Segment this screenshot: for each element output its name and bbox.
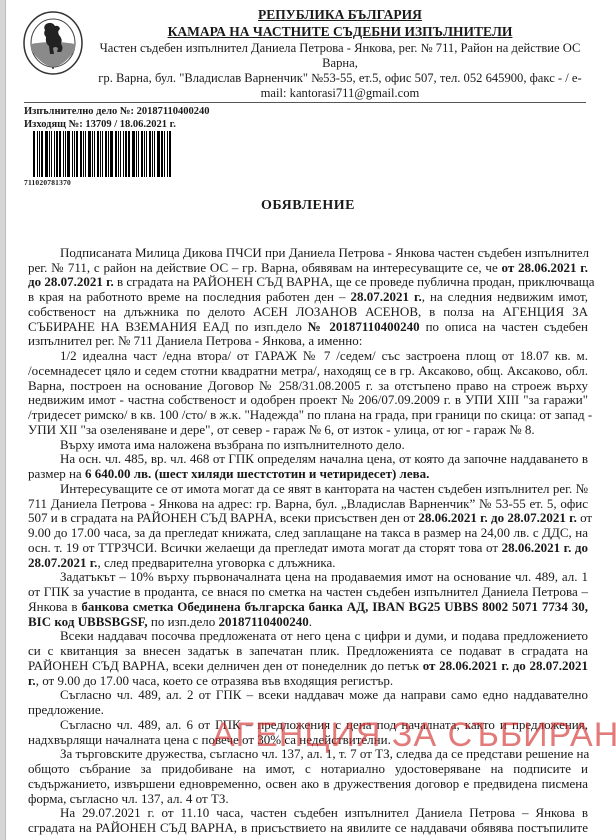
text: , след предварителна уговорка с длъжника… (97, 555, 335, 570)
text: изпълнител рег. № 711 Даниела Петрова - … (28, 333, 362, 348)
text: /тридесет римско/ в кв. 100 /сто/ в ж.к.… (28, 407, 592, 422)
body-line: РАЙОНЕН СЪД ВАРНА, всеки делничен ден от… (28, 658, 588, 674)
text: сградата на РАЙОНЕН СЪД ВАРНА, в присъст… (28, 820, 588, 835)
document-title: ОБЯВЛЕНИЕ (0, 198, 616, 214)
text: от (577, 510, 592, 525)
header-chamber-title: КАМАРА НА ЧАСТНИТЕ СЪДЕБНИ ИЗПЪЛНИТЕЛИ (80, 24, 600, 40)
text: , на следния недвижим имот, (422, 289, 588, 304)
body-line: форма, съгласно чл. 137, ал. 4 от ТЗ. (28, 791, 588, 807)
text: . (309, 614, 312, 629)
body-line: недвижим имот - частна собственост и одо… (28, 392, 588, 408)
body-line: На осн. чл. 485, вр. чл. 468 от ГПК опре… (60, 451, 588, 467)
body-line: собственост на длъжника по делото АСЕН Л… (28, 304, 588, 320)
text: На осн. чл. 485, вр. чл. 468 от ГПК опре… (60, 451, 588, 466)
header-city-line: Варна, (80, 56, 600, 72)
body-line: За търговските дружества, съгласно чл. 1… (60, 746, 588, 762)
body-line: 507 и в сградата на РАЙОНЕН СЪД ВАРНА, в… (28, 510, 588, 526)
body-line: г., от 9.00 до 17.00 часа, което се отра… (28, 673, 588, 689)
text: Янкова в (28, 599, 81, 614)
text: Върху имота има наложена възбрана по изп… (60, 437, 405, 452)
barcode-number: 711020781370 (24, 178, 71, 187)
text: от ГПК за участие в проданта, се внася п… (28, 584, 588, 599)
bold-text: 6 640.00 лв. (шест хиляди шестстотин и ч… (85, 466, 429, 481)
bold-text: г. (28, 673, 36, 688)
body-line: Съгласно чл. 489, ал. 6 от ГПК – предлож… (60, 717, 588, 733)
text: Интересуващите се от имота могат да се я… (60, 481, 588, 496)
text: СЪБИРАНЕ НА ВЗЕМАНИЯ ЕАД по изп.дело (28, 319, 308, 334)
bold-text: 28.06.2021 г. до (502, 540, 588, 555)
body-line: съдържанието, извършени едновременно, ос… (28, 776, 588, 792)
body-line: си с квитанция за внесен задатък в запеч… (28, 643, 588, 659)
header-republic-title: РЕПУБЛИКА БЪЛГАРИЯ (80, 7, 600, 23)
text: Варна, построен на основание Договор № 2… (28, 378, 588, 393)
body-line: На 29.07.2021 г. от 11.10 часа, частен с… (60, 805, 588, 821)
body-line: 9.00 до 17.00 часа, за да прегледат книж… (28, 525, 588, 541)
text: Всеки наддавач посочва предложената от н… (60, 628, 588, 643)
text: предложение. (28, 702, 104, 717)
header-address-line: гр. Варна, бул. "Владислав Варненчик" №5… (80, 71, 600, 87)
body-line: рег. № 711, с район на действие ОС – гр.… (28, 260, 588, 276)
body-line: общото събрание за придобиване на имот, … (28, 761, 588, 777)
body-line: Задатъкът – 10% върху първоначалната цен… (60, 569, 588, 585)
body-line: размер на 6 640.00 лв. (шест хиляди шест… (28, 466, 588, 482)
text: Съгласно чл. 489, ал. 2 от ГПК – всеки н… (60, 687, 588, 702)
text: осн. т. 19 от ТТРЗЧСИ. Всички желаещи да… (28, 540, 502, 555)
text: Подписаната Милица Дикова ПЧСИ при Дание… (60, 245, 589, 260)
body-line: BIC код UBBSBGSF, по изп.дело 2018711040… (28, 614, 588, 630)
case-number: Изпълнително дело №: 20187110400240 (24, 105, 210, 118)
header-email-line: mail: kantorasi711@gmail.com (80, 86, 600, 102)
bold-text: от 28.06.2021 г. (502, 260, 588, 275)
body-line: УПИ XII "за озеленяване и дере", от севе… (28, 422, 588, 438)
body-line: /осемнадесет цяло и седем стотни квадрат… (28, 363, 588, 379)
text: форма, съгласно чл. 137, ал. 4 от ТЗ. (28, 791, 229, 806)
text: недвижим имот - частна собственост и одо… (28, 392, 588, 407)
text: На 29.07.2021 г. от 11.10 часа, частен с… (60, 805, 588, 820)
text: Задатъкът – 10% върху първоначалната цен… (60, 569, 588, 584)
text: съдържанието, извършени едновременно, ос… (28, 776, 588, 791)
body-line: Върху имота има наложена възбрана по изп… (60, 437, 588, 453)
barcode (33, 131, 172, 177)
body-line: от ГПК за участие в проданта, се внася п… (28, 584, 588, 600)
text: си с квитанция за внесен задатък в запеч… (28, 643, 588, 658)
text: 1/2 идеална част /една втора/ от ГАРАЖ №… (60, 348, 588, 363)
bold-text: BIC код UBBSBGSF, (28, 614, 148, 629)
bold-text: 20187110400240 (219, 614, 309, 629)
text: РАЙОНЕН СЪД ВАРНА, всеки делничен ден от… (28, 658, 423, 673)
body-line: сградата на РАЙОНЕН СЪД ВАРНА, в присъст… (28, 820, 588, 836)
body-line: в края на работното време на последния р… (28, 289, 588, 305)
text: в сградата на РАЙОНЕН СЪД ВАРНА, ще се п… (114, 274, 595, 289)
text: /осемнадесет цяло и седем стотни квадрат… (28, 363, 588, 378)
bold-text: № 20187110400240 (308, 319, 420, 334)
text: общото събрание за придобиване на имот, … (28, 761, 588, 776)
body-line: до 28.07.2021 г. в сградата на РАЙОНЕН С… (28, 274, 588, 290)
body-line: Съгласно чл. 489, ал. 2 от ГПК – всеки н… (60, 687, 588, 703)
text: по описа на частен съдебен (420, 319, 588, 334)
header-divider (24, 102, 586, 103)
text: 507 и в сградата на РАЙОНЕН СЪД ВАРНА, в… (28, 510, 418, 525)
text: Съгласно чл. 489, ал. 6 от ГПК – предлож… (60, 717, 588, 732)
body-line: Варна, построен на основание Договор № 2… (28, 378, 588, 394)
text: 711 Даниела Петрова - Янкова на адрес: г… (28, 496, 588, 511)
text: 9.00 до 17.00 часа, за да прегледат книж… (28, 525, 588, 540)
text: размер на (28, 466, 85, 481)
body-line: 711 Даниела Петрова - Янкова на адрес: г… (28, 496, 588, 512)
chamber-seal-lion-icon (22, 10, 84, 76)
body-line: Подписаната Милица Дикова ПЧСИ при Дание… (60, 245, 588, 261)
text: , от 9.00 до 17.00 часа, което се отразя… (36, 673, 393, 688)
text: УПИ XII "за озеленяване и дере", от севе… (28, 422, 535, 437)
outgoing-number: Изходящ №: 13709 / 18.06.2021 г. (24, 118, 176, 131)
bold-text: 28.07.2021 г. (351, 289, 422, 304)
bold-text: 28.06.2021 г. до 28.07.2021 г. (418, 510, 576, 525)
header-enforcer-line: Частен съдебен изпълнител Даниела Петров… (80, 41, 600, 57)
body-line: 1/2 идеална част /една втора/ от ГАРАЖ №… (60, 348, 588, 364)
body-line: предложение. (28, 702, 588, 718)
text: рег. № 711, с район на действие ОС – гр.… (28, 260, 502, 275)
text: по изп.дело (148, 614, 219, 629)
bold-text: от 28.06.2021 г. до 28.07.2021 (423, 658, 588, 673)
bold-text: 28.07.2021 г. (28, 555, 97, 570)
text: надхвърлящи началната цена с повече от 3… (28, 732, 391, 747)
text: собственост на длъжника по делото АСЕН Л… (28, 304, 588, 319)
body-line: Всеки наддавач посочва предложената от н… (60, 628, 588, 644)
bold-text: банкова сметка Обединена българска банка… (81, 599, 588, 614)
body-line: 28.07.2021 г., след предварителна уговор… (28, 555, 588, 571)
body-line: надхвърлящи началната цена с повече от 3… (28, 732, 588, 748)
body-line: /тридесет римско/ в кв. 100 /сто/ в ж.к.… (28, 407, 588, 423)
body-line: осн. т. 19 от ТТРЗЧСИ. Всички желаещи да… (28, 540, 588, 556)
body-line: Интересуващите се от имота могат да се я… (60, 481, 588, 497)
body-line: СЪБИРАНЕ НА ВЗЕМАНИЯ ЕАД по изп.дело № 2… (28, 319, 588, 335)
text: в края на работното време на последния р… (28, 289, 351, 304)
body-line: изпълнител рег. № 711 Даниела Петрова - … (28, 333, 588, 349)
body-line: Янкова в банкова сметка Обединена българ… (28, 599, 588, 615)
page-edge-stripe (0, 0, 6, 840)
text: За търговските дружества, съгласно чл. 1… (60, 746, 589, 761)
bold-text: до 28.07.2021 г. (28, 274, 114, 289)
